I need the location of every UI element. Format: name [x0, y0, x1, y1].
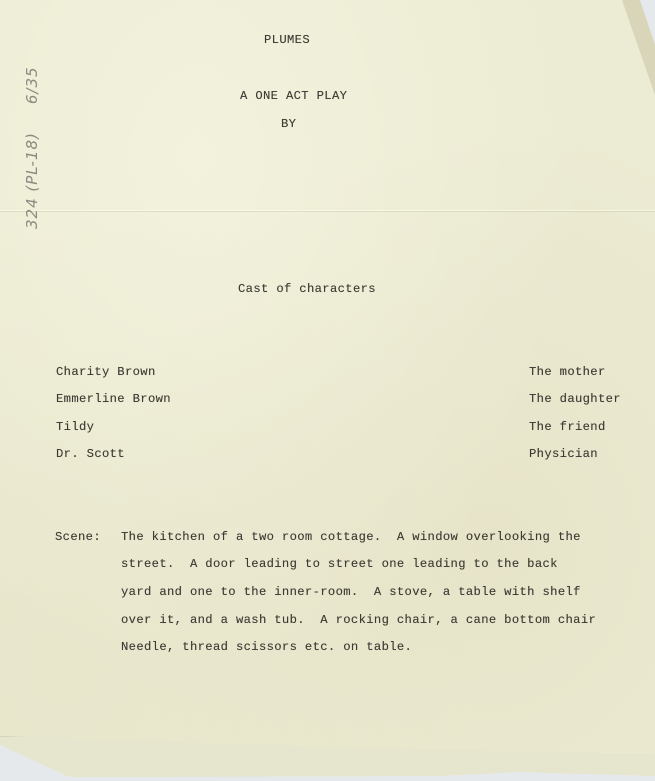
cast-role: The mother — [529, 365, 606, 379]
play-subtitle: A ONE ACT PLAY — [240, 89, 347, 103]
pencil-margin-annotation: 324 (PL-18)6/35 — [23, 109, 41, 229]
byline: BY — [281, 117, 296, 131]
scene-description-line: street. A door leading to street one lea… — [121, 557, 558, 571]
cast-role: The friend — [529, 420, 606, 434]
cast-role: The daughter — [529, 392, 621, 406]
cast-name: Charity Brown — [56, 365, 156, 379]
typewritten-page — [0, 0, 655, 781]
cast-heading: Cast of characters — [238, 282, 376, 296]
cast-name: Tildy — [56, 420, 94, 434]
paper-fold-crease — [0, 210, 655, 211]
cast-name: Emmerline Brown — [56, 392, 171, 406]
scene-description-line: over it, and a wash tub. A rocking chair… — [121, 613, 596, 627]
cast-name: Dr. Scott — [56, 447, 125, 461]
scene-description-line: yard and one to the inner-room. A stove,… — [121, 585, 581, 599]
annotation-date: 6/35 — [23, 66, 41, 104]
play-title: PLUMES — [264, 33, 310, 47]
scene-label: Scene: — [55, 530, 101, 544]
scene-description-line: Needle, thread scissors etc. on table. — [121, 640, 412, 654]
catalog-number: 324 (PL-18) — [23, 132, 41, 229]
scene-description-line: The kitchen of a two room cottage. A win… — [121, 530, 581, 544]
cast-role: Physician — [529, 447, 598, 461]
